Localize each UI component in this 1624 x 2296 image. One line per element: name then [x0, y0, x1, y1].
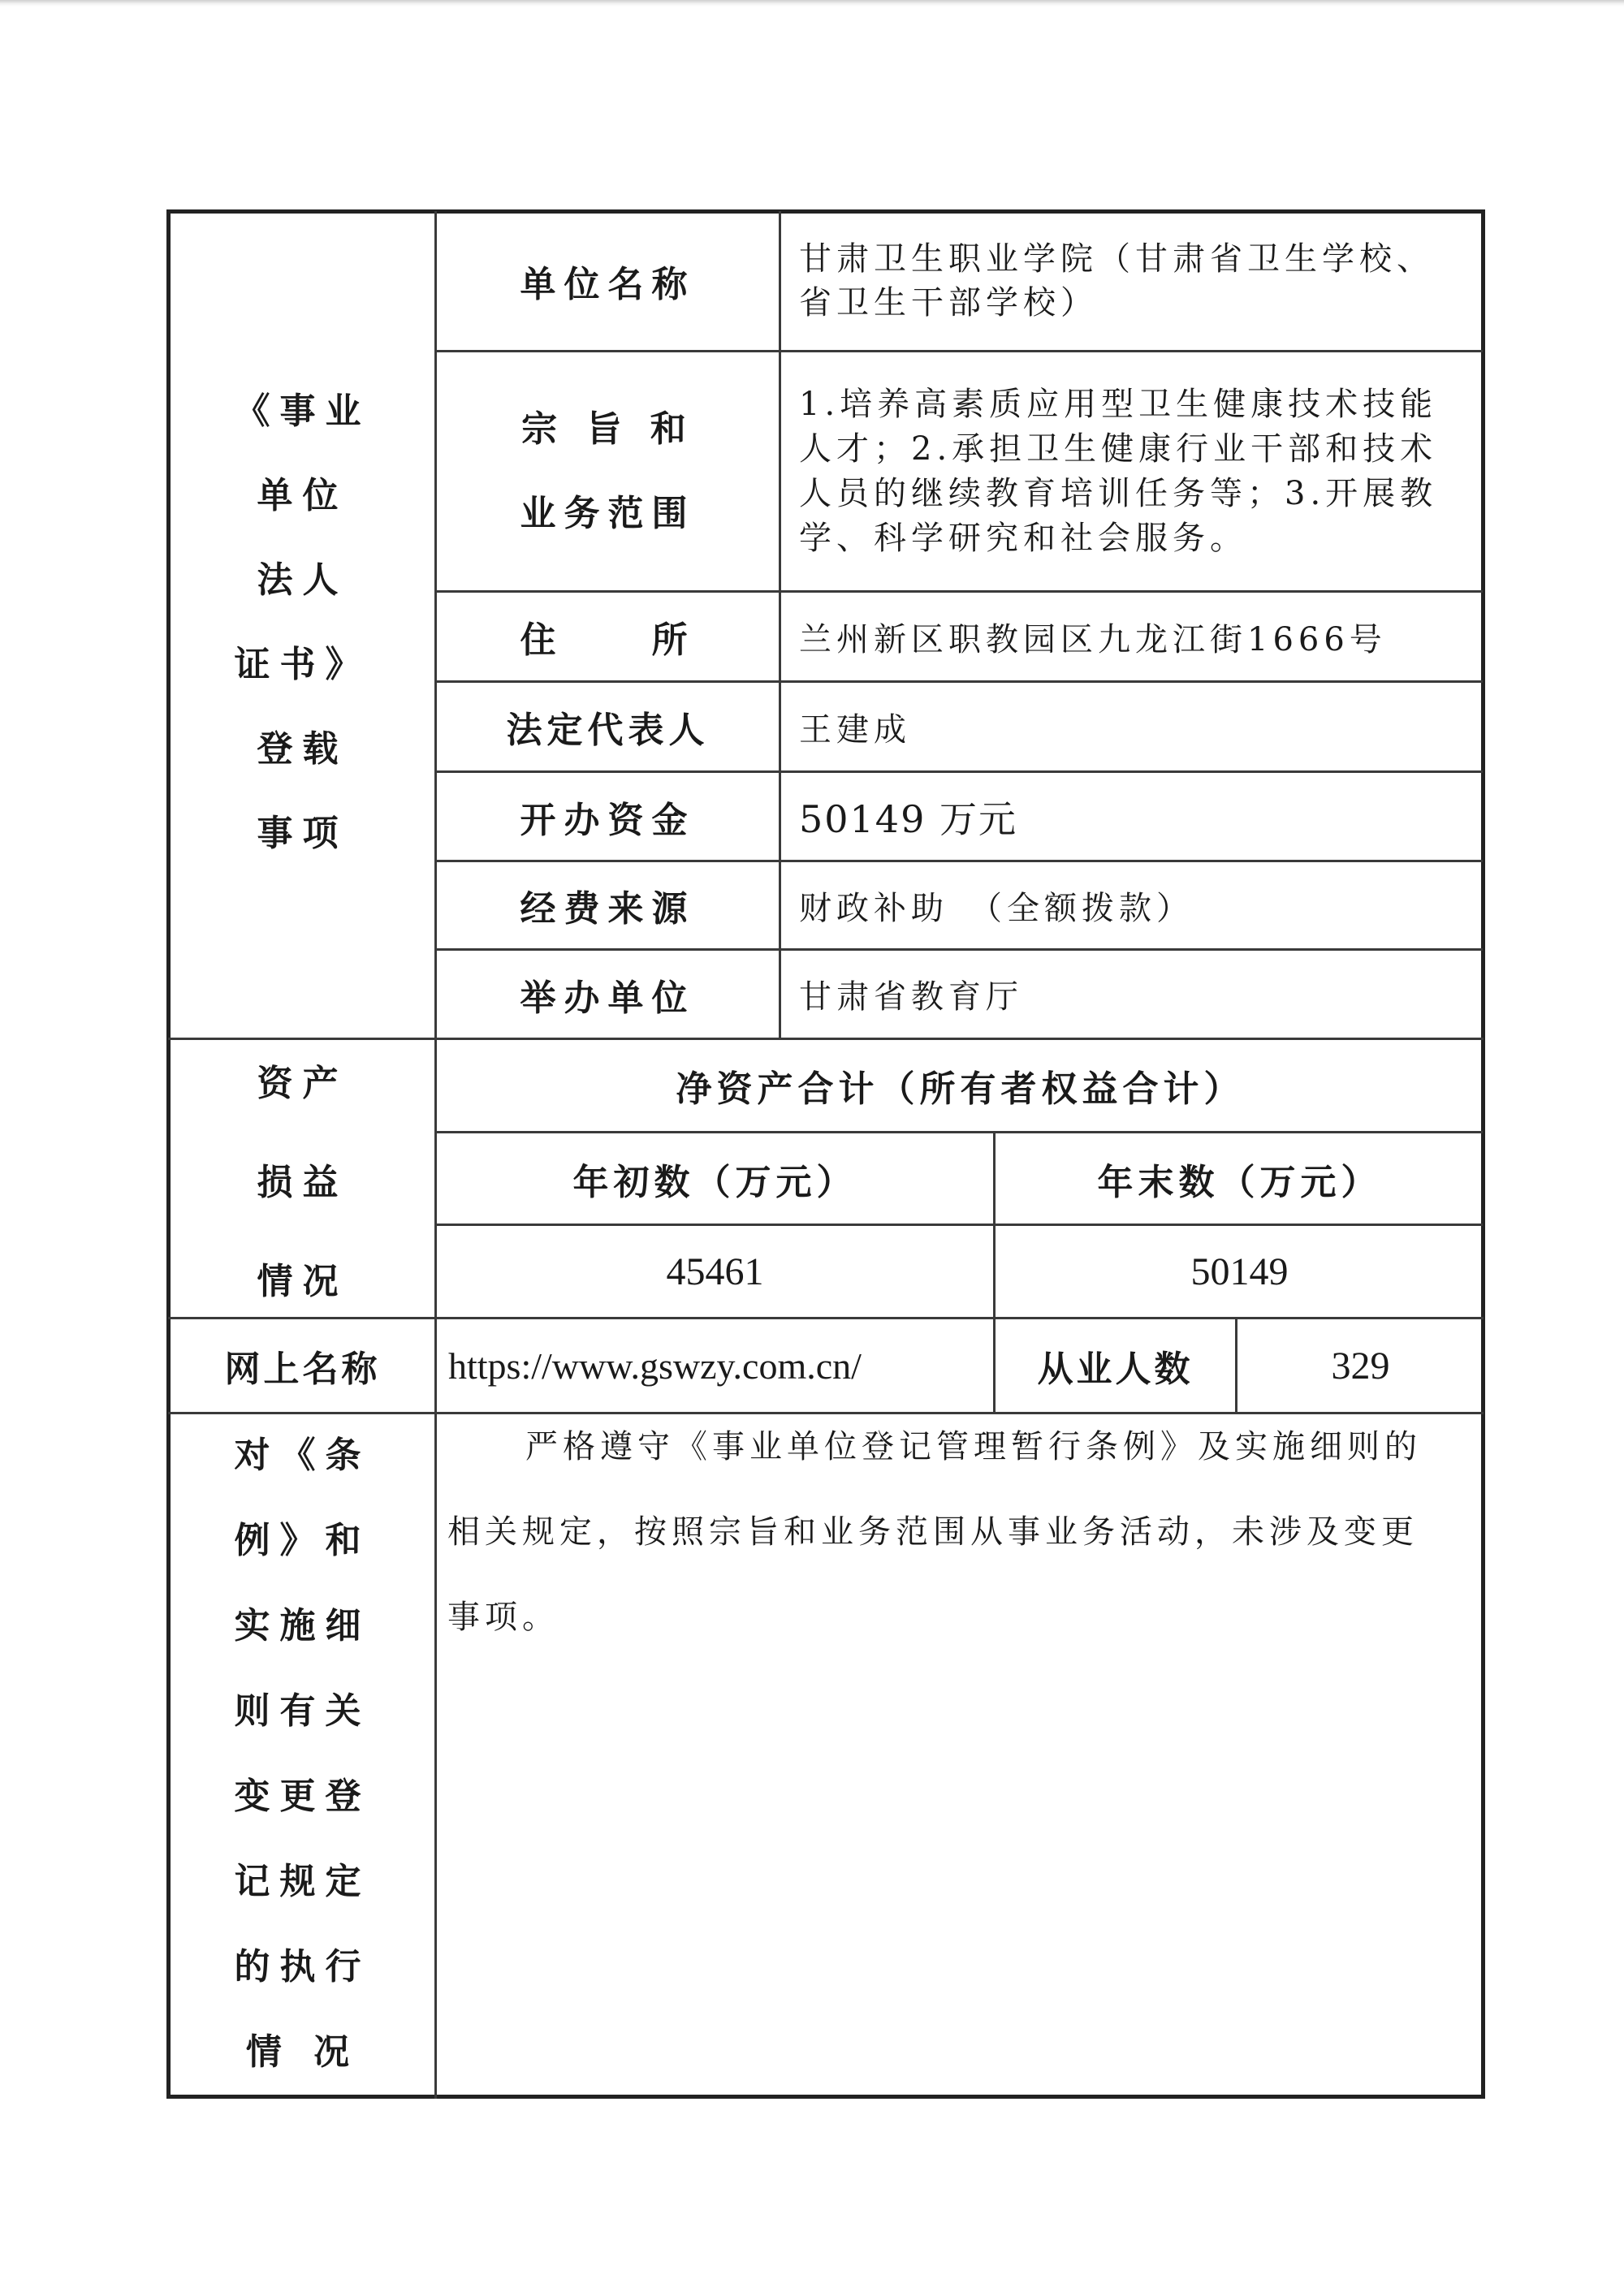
- label-line: 证书》: [235, 635, 371, 687]
- label-line: 例》和: [235, 1498, 371, 1583]
- staff-count-value: 329: [1237, 1319, 1484, 1412]
- value-line: 甘肃卫生职业学院（甘肃省卫生学校、: [799, 237, 1434, 281]
- sponsor-label: 举办单位: [437, 951, 779, 1038]
- label-line: 情 况: [246, 2009, 359, 2095]
- label-line: 登载: [257, 719, 348, 771]
- value-line: 人才；2.承担卫生健康行业干部和技术: [799, 427, 1437, 472]
- closing-balance-header: 年末数（万元）: [996, 1133, 1484, 1224]
- label-line: 对《条: [235, 1413, 371, 1498]
- compliance-paragraph: 严格遵守《事业单位登记管理暂行条例》及实施细则的 相关规定，按照宗旨和业务范围从…: [447, 1405, 1479, 1660]
- opening-balance-value: 45461: [437, 1226, 993, 1317]
- label-line: 《事业: [235, 382, 371, 434]
- address-label: 住 所: [437, 593, 779, 680]
- value-line: 人员的继续教育培训任务等；3.开展教: [799, 472, 1437, 516]
- label-line: 宗 旨 和: [521, 387, 694, 472]
- label-line: 损益: [257, 1153, 348, 1205]
- purpose-scope-value: 1.培养高素质应用型卫生健康技术技能 人才；2.承担卫生健康行业干部和技术 人员…: [781, 352, 1484, 590]
- label-line: 单位: [257, 466, 348, 518]
- sponsor-value: 甘肃省教育厅: [781, 951, 1484, 1038]
- opening-balance-header: 年初数（万元）: [437, 1133, 993, 1224]
- online-name-url: https://www.gswzy.com.cn/: [437, 1319, 993, 1412]
- funding-source-value: 财政补助 （全额拨款）: [781, 862, 1484, 948]
- unit-name-value: 甘肃卫生职业学院（甘肃省卫生学校、 省卫生干部学校）: [781, 211, 1484, 350]
- label-line: 的执行: [235, 1924, 371, 2009]
- legal-rep-value: 王建成: [781, 683, 1484, 770]
- unit-name-label: 单位名称: [437, 211, 779, 350]
- label-line: 记规定: [235, 1839, 371, 1924]
- closing-balance-value: 50149: [996, 1226, 1484, 1317]
- scan-edge: [0, 0, 1624, 6]
- label-line: 实施细: [235, 1583, 371, 1668]
- capital-label: 开办资金: [437, 773, 779, 860]
- label-line: 情况: [257, 1252, 348, 1304]
- label-line: 变更登: [235, 1754, 371, 1839]
- registration-section-label: 《事业 单位 法人 证书》 登载 事项: [171, 382, 434, 856]
- compliance-section-label: 对《条 例》和 实施细 则有关 变更登 记规定 的执行 情 况: [171, 1413, 434, 2095]
- paragraph-line: 相关规定，按照宗旨和业务范围从事业务活动，未涉及变更: [447, 1490, 1479, 1575]
- funding-source-label: 经费来源: [437, 862, 779, 948]
- value-line: 省卫生干部学校）: [799, 281, 1098, 325]
- label-line: 法人: [257, 550, 348, 602]
- staff-count-label: 从业人数: [996, 1319, 1235, 1412]
- capital-value: 50149 万元: [781, 773, 1484, 860]
- net-assets-header: 净资产合计（所有者权益合计）: [437, 1040, 1484, 1131]
- legal-rep-label: 法定代表人: [437, 683, 779, 770]
- address-value: 兰州新区职教园区九龙江街1666号: [781, 593, 1484, 680]
- online-name-label: 网上名称: [171, 1319, 434, 1412]
- value-line: 1.培养高素质应用型卫生健康技术技能: [799, 382, 1437, 427]
- value-line: 学、科学研究和社会服务。: [799, 516, 1247, 561]
- label-line: 事项: [257, 804, 348, 856]
- label-line: 则有关: [235, 1668, 371, 1754]
- assets-section-label: 资产 损益 情况: [171, 1040, 434, 1317]
- label-line: 资产: [257, 1054, 348, 1106]
- paragraph-line: 严格遵守《事业单位登记管理暂行条例》及实施细则的: [447, 1405, 1479, 1490]
- label-line: 业务范围: [520, 472, 696, 556]
- purpose-scope-label: 宗 旨 和 业务范围: [437, 352, 779, 590]
- paragraph-line: 事项。: [447, 1575, 1479, 1660]
